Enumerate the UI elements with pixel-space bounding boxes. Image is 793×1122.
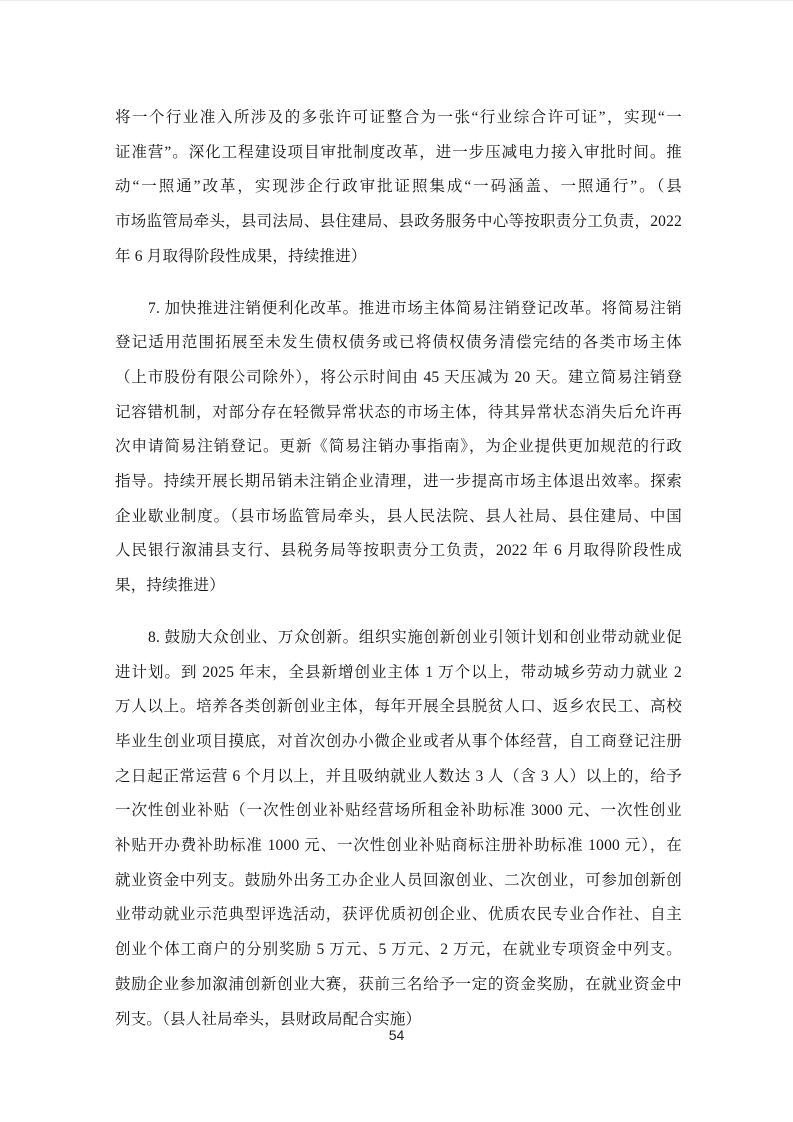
text-line: 果，持续推进） — [115, 569, 682, 604]
text-line: 登记适用范围拓展至未发生债权债务或已将债权债务清偿完结的各类市场主体 — [115, 326, 682, 361]
text-line: 补贴开办费补助标准 1000 元、一次性创业补贴商标注册补助标准 1000 元）… — [115, 829, 682, 864]
page-number: 54 — [389, 1027, 405, 1043]
document-page: 将一个行业准入所涉及的多张许可证整合为一张“行业综合许可证”，实现“一证准营”。… — [0, 0, 793, 1122]
text-line: 指导。持续开展长期吊销未注销企业清理，进一步提高市场主体退出效率。探索 — [115, 465, 682, 500]
text-line: 之日起正常运营 6 个月以上，并且吸纳就业人数达 3 人（含 3 人）以上的，给… — [115, 760, 682, 795]
text-line: 动“一照通”改革，实现涉企行政审批证照集成“一码涵盖、一照通行”。（县 — [115, 170, 682, 205]
text-line: 企业歇业制度。（县市场监管局牵头，县人民法院、县人社局、县住建局、中国 — [115, 500, 682, 535]
paragraph: 将一个行业准入所涉及的多张许可证整合为一张“行业综合许可证”，实现“一证准营”。… — [115, 101, 682, 275]
text-line: 人民银行溆浦县支行、县税务局等按职责分工负责，2022 年 6 月取得阶段性成 — [115, 534, 682, 569]
text-line: 业带动就业示范典型评选活动，获评优质初创企业、优质农民专业合作社、自主 — [115, 898, 682, 933]
document-content: 将一个行业准入所涉及的多张许可证整合为一张“行业综合许可证”，实现“一证准营”。… — [115, 101, 682, 1037]
text-line: 记容错机制，对部分存在轻微异常状态的市场主体，待其异常状态消失后允许再 — [115, 396, 682, 431]
text-line: 将一个行业准入所涉及的多张许可证整合为一张“行业综合许可证”，实现“一 — [115, 101, 682, 136]
text-line: 一次性创业补贴（一次性创业补贴经营场所租金补助标准 3000 元、一次性创业 — [115, 794, 682, 829]
text-line: 创业个体工商户的分别奖励 5 万元、5 万元、2 万元，在就业专项资金中列支。 — [115, 933, 682, 968]
text-line: 就业资金中列支。鼓励外出务工办企业人员回溆创业、二次创业，可参加创新创 — [115, 864, 682, 899]
paragraph: 8. 鼓励大众创业、万众创新。组织实施创新创业引领计划和创业带动就业促进计划。到… — [115, 621, 682, 1037]
text-line: 8. 鼓励大众创业、万众创新。组织实施创新创业引领计划和创业带动就业促 — [115, 621, 682, 656]
text-line: 7. 加快推进注销便利化改革。推进市场主体简易注销登记改革。将简易注销 — [115, 292, 682, 327]
text-line: 毕业生创业项目摸底，对首次创办小微企业或者从事个体经营，自工商登记注册 — [115, 725, 682, 760]
text-line: 进计划。到 2025 年末，全县新增创业主体 1 万个以上，带动城乡劳动力就业 … — [115, 656, 682, 691]
page-footer: 54 — [0, 1027, 793, 1045]
text-line: 年 6 月取得阶段性成果，持续推进） — [115, 240, 682, 275]
paragraph: 7. 加快推进注销便利化改革。推进市场主体简易注销登记改革。将简易注销登记适用范… — [115, 292, 682, 604]
text-line: 次申请简易注销登记。更新《简易注销办事指南》，为企业提供更加规范的行政 — [115, 430, 682, 465]
text-line: 证准营”。深化工程建设项目审批制度改革，进一步压减电力接入审批时间。推 — [115, 136, 682, 171]
text-line: 万人以上。培养各类创新创业主体，每年开展全县脱贫人口、返乡农民工、高校 — [115, 690, 682, 725]
text-line: 鼓励企业参加溆浦创新创业大赛，获前三名给予一定的资金奖励，在就业资金中 — [115, 968, 682, 1003]
text-line: 市场监管局牵头，县司法局、县住建局、县政务服务中心等按职责分工负责，2022 — [115, 205, 682, 240]
text-line: （上市股份有限公司除外），将公示时间由 45 天压减为 20 天。建立简易注销登 — [115, 361, 682, 396]
